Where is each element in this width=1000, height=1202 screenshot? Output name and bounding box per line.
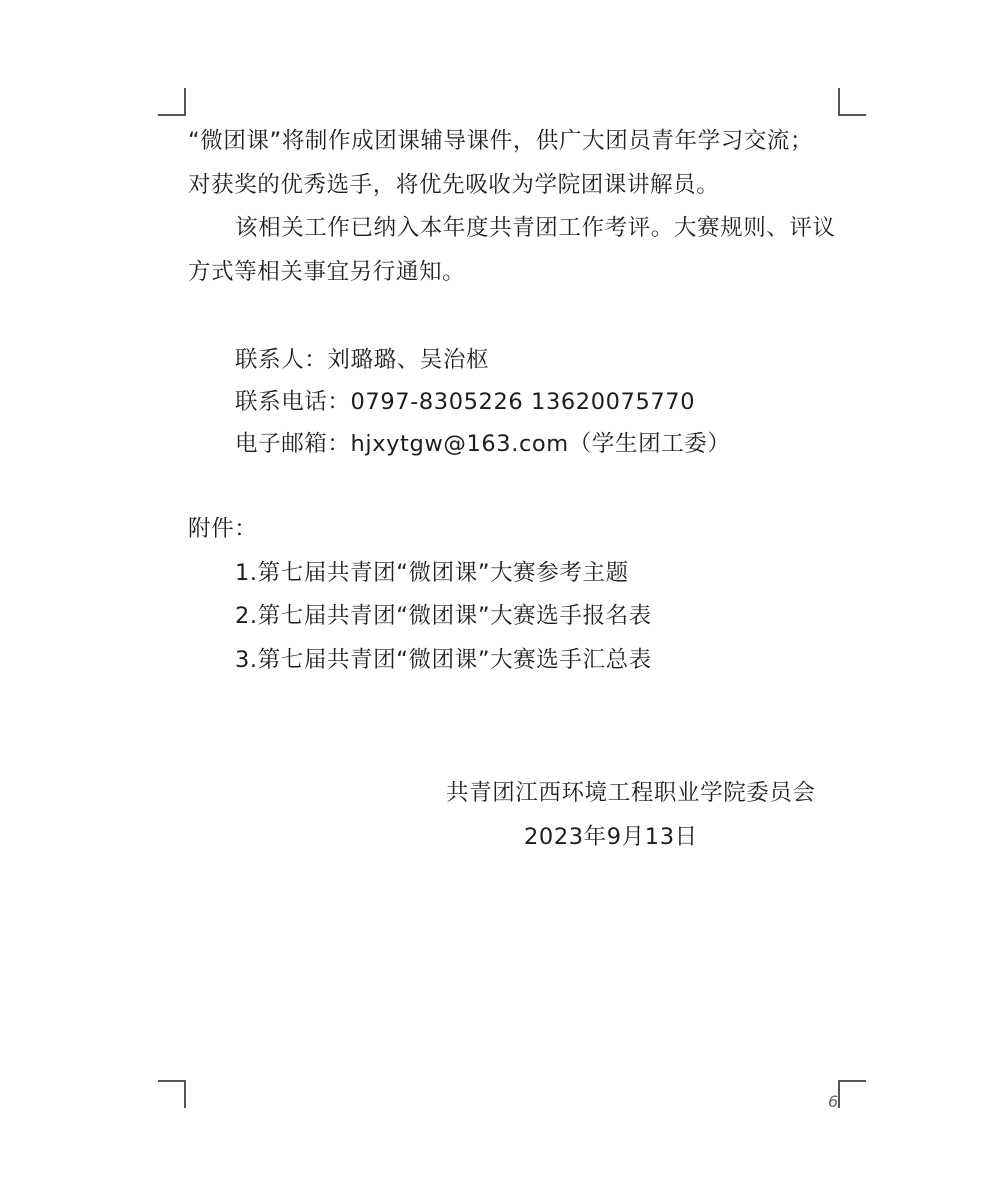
attachment-item: 1.第七届共青团“微团课”大赛参考主题 [235, 558, 629, 588]
contact-email: 电子邮箱：hjxytgw@163.com（学生团工委） [235, 429, 731, 459]
paragraph-2-line-1: 该相关工作已纳入本年度共青团工作考评。大赛规则、评议 [235, 213, 836, 243]
page-corner-mark-top-right [838, 88, 866, 116]
contact-person: 联系人：刘璐璐、吴治枢 [235, 345, 489, 375]
paragraph-1-line-1: “微团课”将制作成团课辅导课件，供广大团员青年学习交流； [188, 126, 813, 156]
attachment-item: 2.第七届共青团“微团课”大赛选手报名表 [235, 601, 652, 631]
paragraph-1-line-2: 对获奖的优秀选手，将优先吸收为学院团课讲解员。 [188, 170, 719, 200]
contact-phone: 联系电话：0797-8305226 13620075770 [235, 387, 695, 417]
page-corner-mark-bottom-right [838, 1080, 866, 1108]
paragraph-2-line-2: 方式等相关事宜另行通知。 [188, 257, 465, 287]
page-number: 6 [828, 1094, 838, 1110]
signature-organization: 共青团江西环境工程职业学院委员会 [446, 778, 816, 808]
attachments-heading: 附件： [188, 514, 257, 544]
page-corner-mark-bottom-left [158, 1080, 186, 1108]
attachment-item: 3.第七届共青团“微团课”大赛选手汇总表 [235, 645, 652, 675]
signature-date: 2023年9月13日 [524, 822, 698, 852]
page-corner-mark-top-left [158, 88, 186, 116]
